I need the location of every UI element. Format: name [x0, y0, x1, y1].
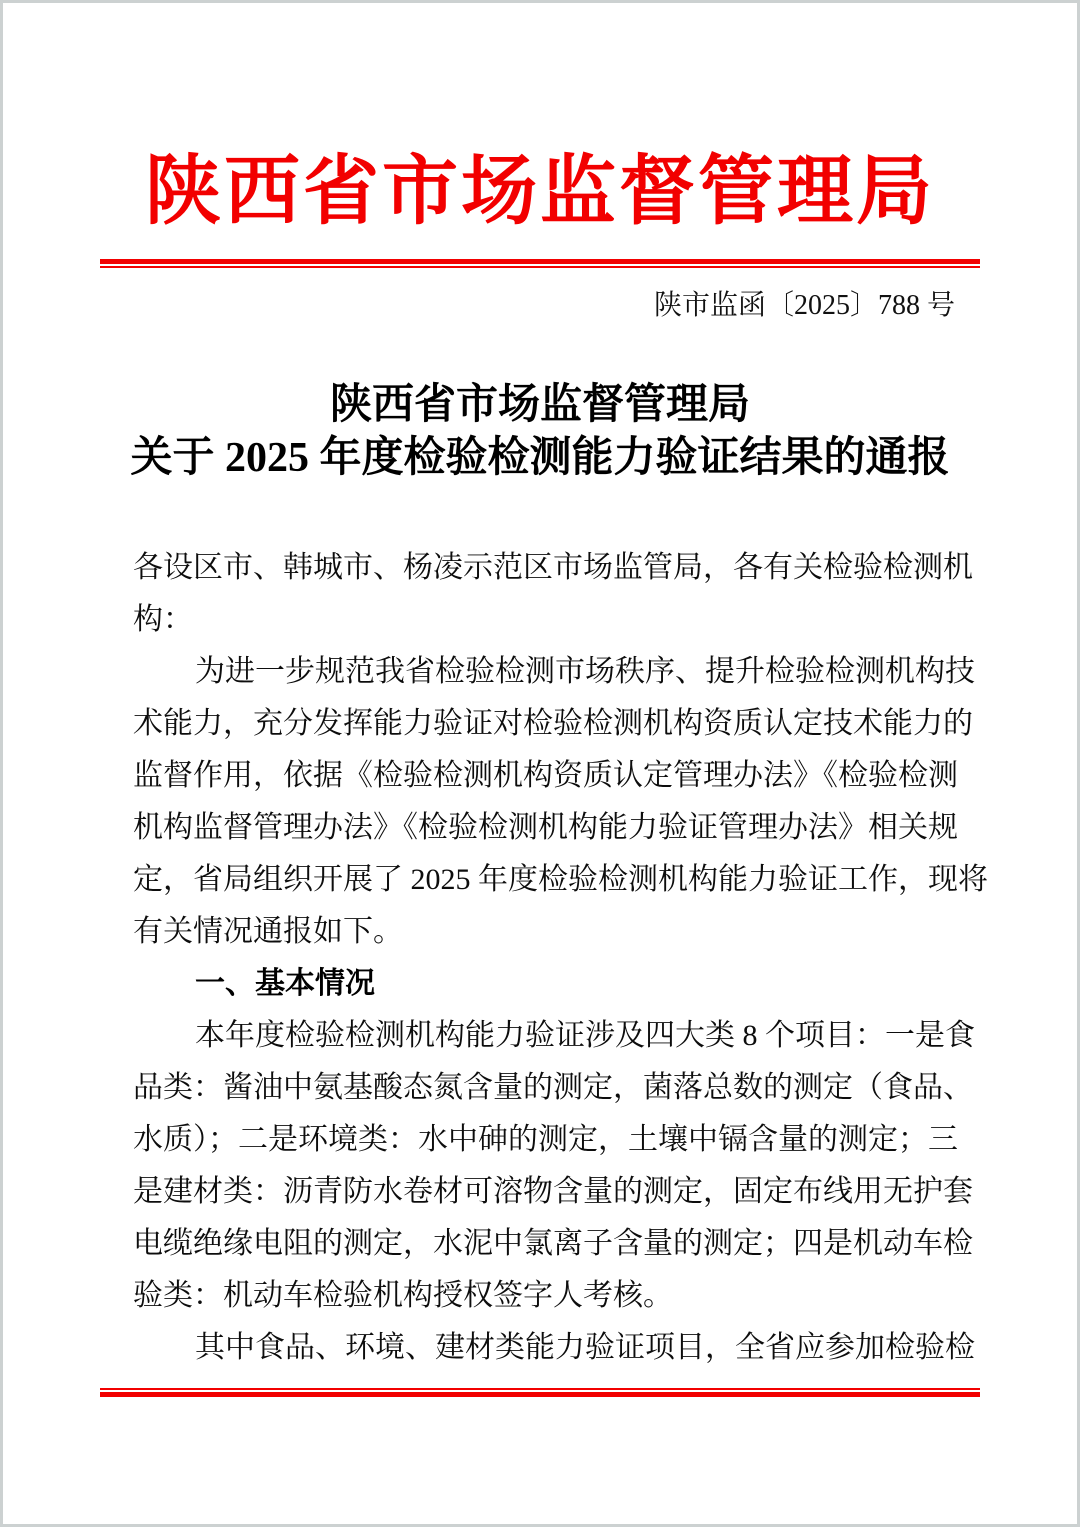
letterhead-separator-rule	[100, 259, 980, 268]
paragraph-line: 其中食品、环境、建材类能力验证项目，全省应参加检验检	[133, 1322, 955, 1374]
paragraph-line: 术能力，充分发挥能力验证对检验检测机构资质认定技术能力的	[133, 698, 955, 750]
paragraph-line: 是建材类：沥青防水卷材可溶物含量的测定，固定布线用无护套	[133, 1166, 955, 1218]
paragraph-line: 监督作用，依据《检验检测机构资质认定管理办法》《检验检测	[133, 750, 955, 802]
paragraph-line: 验类：机动车检验机构授权签字人考核。	[133, 1270, 955, 1322]
document-page: 陕西省市场监督管理局 陕市监函〔2025〕788 号 陕西省市场监督管理局 关于…	[0, 0, 1080, 1527]
paragraph-line: 本年度检验检测机构能力验证涉及四大类 8 个项目：一是食	[133, 1010, 955, 1062]
document-title: 陕西省市场监督管理局 关于 2025 年度检验检测能力验证结果的通报	[3, 379, 1077, 485]
paragraph-line: 机构监督管理办法》《检验检测机构能力验证管理办法》相关规	[133, 802, 955, 854]
section-heading-basic-situation: 一、基本情况	[133, 958, 955, 1010]
paragraph-line: 水质）；二是环境类：水中砷的测定，土壤中镉含量的测定；三	[133, 1114, 955, 1166]
paragraph-line: 为进一步规范我省检验检测市场秩序、提升检验检测机构技	[133, 646, 955, 698]
separator-thick-bar	[100, 1392, 980, 1397]
paragraph-line: 定，省局组织开展了 2025 年度检验检测机构能力验证工作，现将	[133, 854, 955, 906]
salutation-line: 各设区市、韩城市、杨凌示范区市场监管局，各有关检验检测机	[133, 542, 955, 594]
salutation-line: 构：	[133, 594, 955, 646]
document-title-line2: 关于 2025 年度检验检测能力验证结果的通报	[3, 432, 1077, 485]
footer-separator-rule	[100, 1388, 980, 1397]
document-body: 各设区市、韩城市、杨凌示范区市场监管局，各有关检验检测机 构： 为进一步规范我省…	[133, 542, 955, 1374]
paragraph-line: 品类：酱油中氨基酸态氮含量的测定，菌落总数的测定（食品、	[133, 1062, 955, 1114]
document-reference-number: 陕市监函〔2025〕788 号	[3, 289, 1077, 323]
separator-thin-bar	[100, 266, 980, 268]
paragraph-line: 有关情况通报如下。	[133, 906, 955, 958]
letterhead-agency-title: 陕西省市场监督管理局	[3, 154, 1077, 230]
paragraph-line: 电缆绝缘电阻的测定，水泥中氯离子含量的测定；四是机动车检	[133, 1218, 955, 1270]
document-title-line1: 陕西省市场监督管理局	[3, 379, 1077, 432]
